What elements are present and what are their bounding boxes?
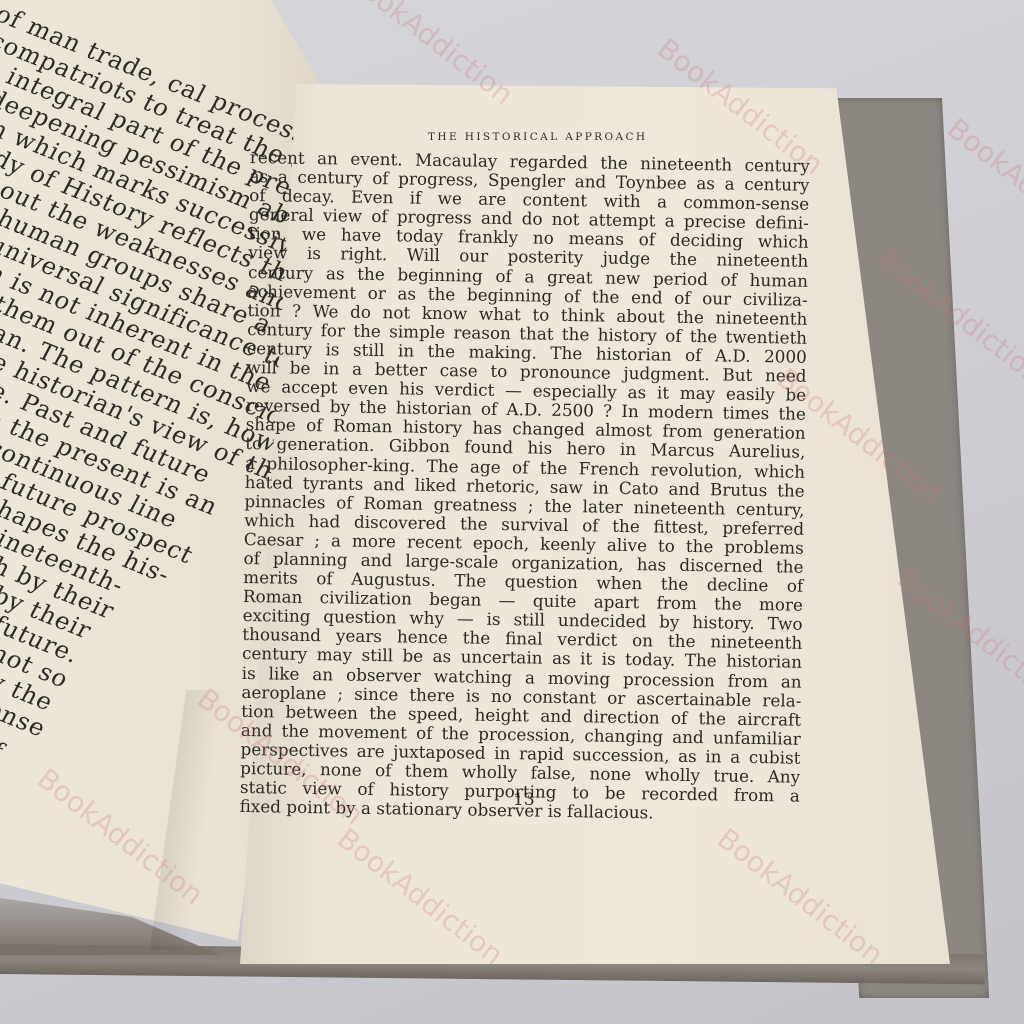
running-head: THE HISTORICAL APPROACH: [428, 131, 647, 143]
right-page-body: recent an event. Macaulay regarded the n…: [240, 148, 810, 825]
page-number: 13: [513, 790, 535, 810]
